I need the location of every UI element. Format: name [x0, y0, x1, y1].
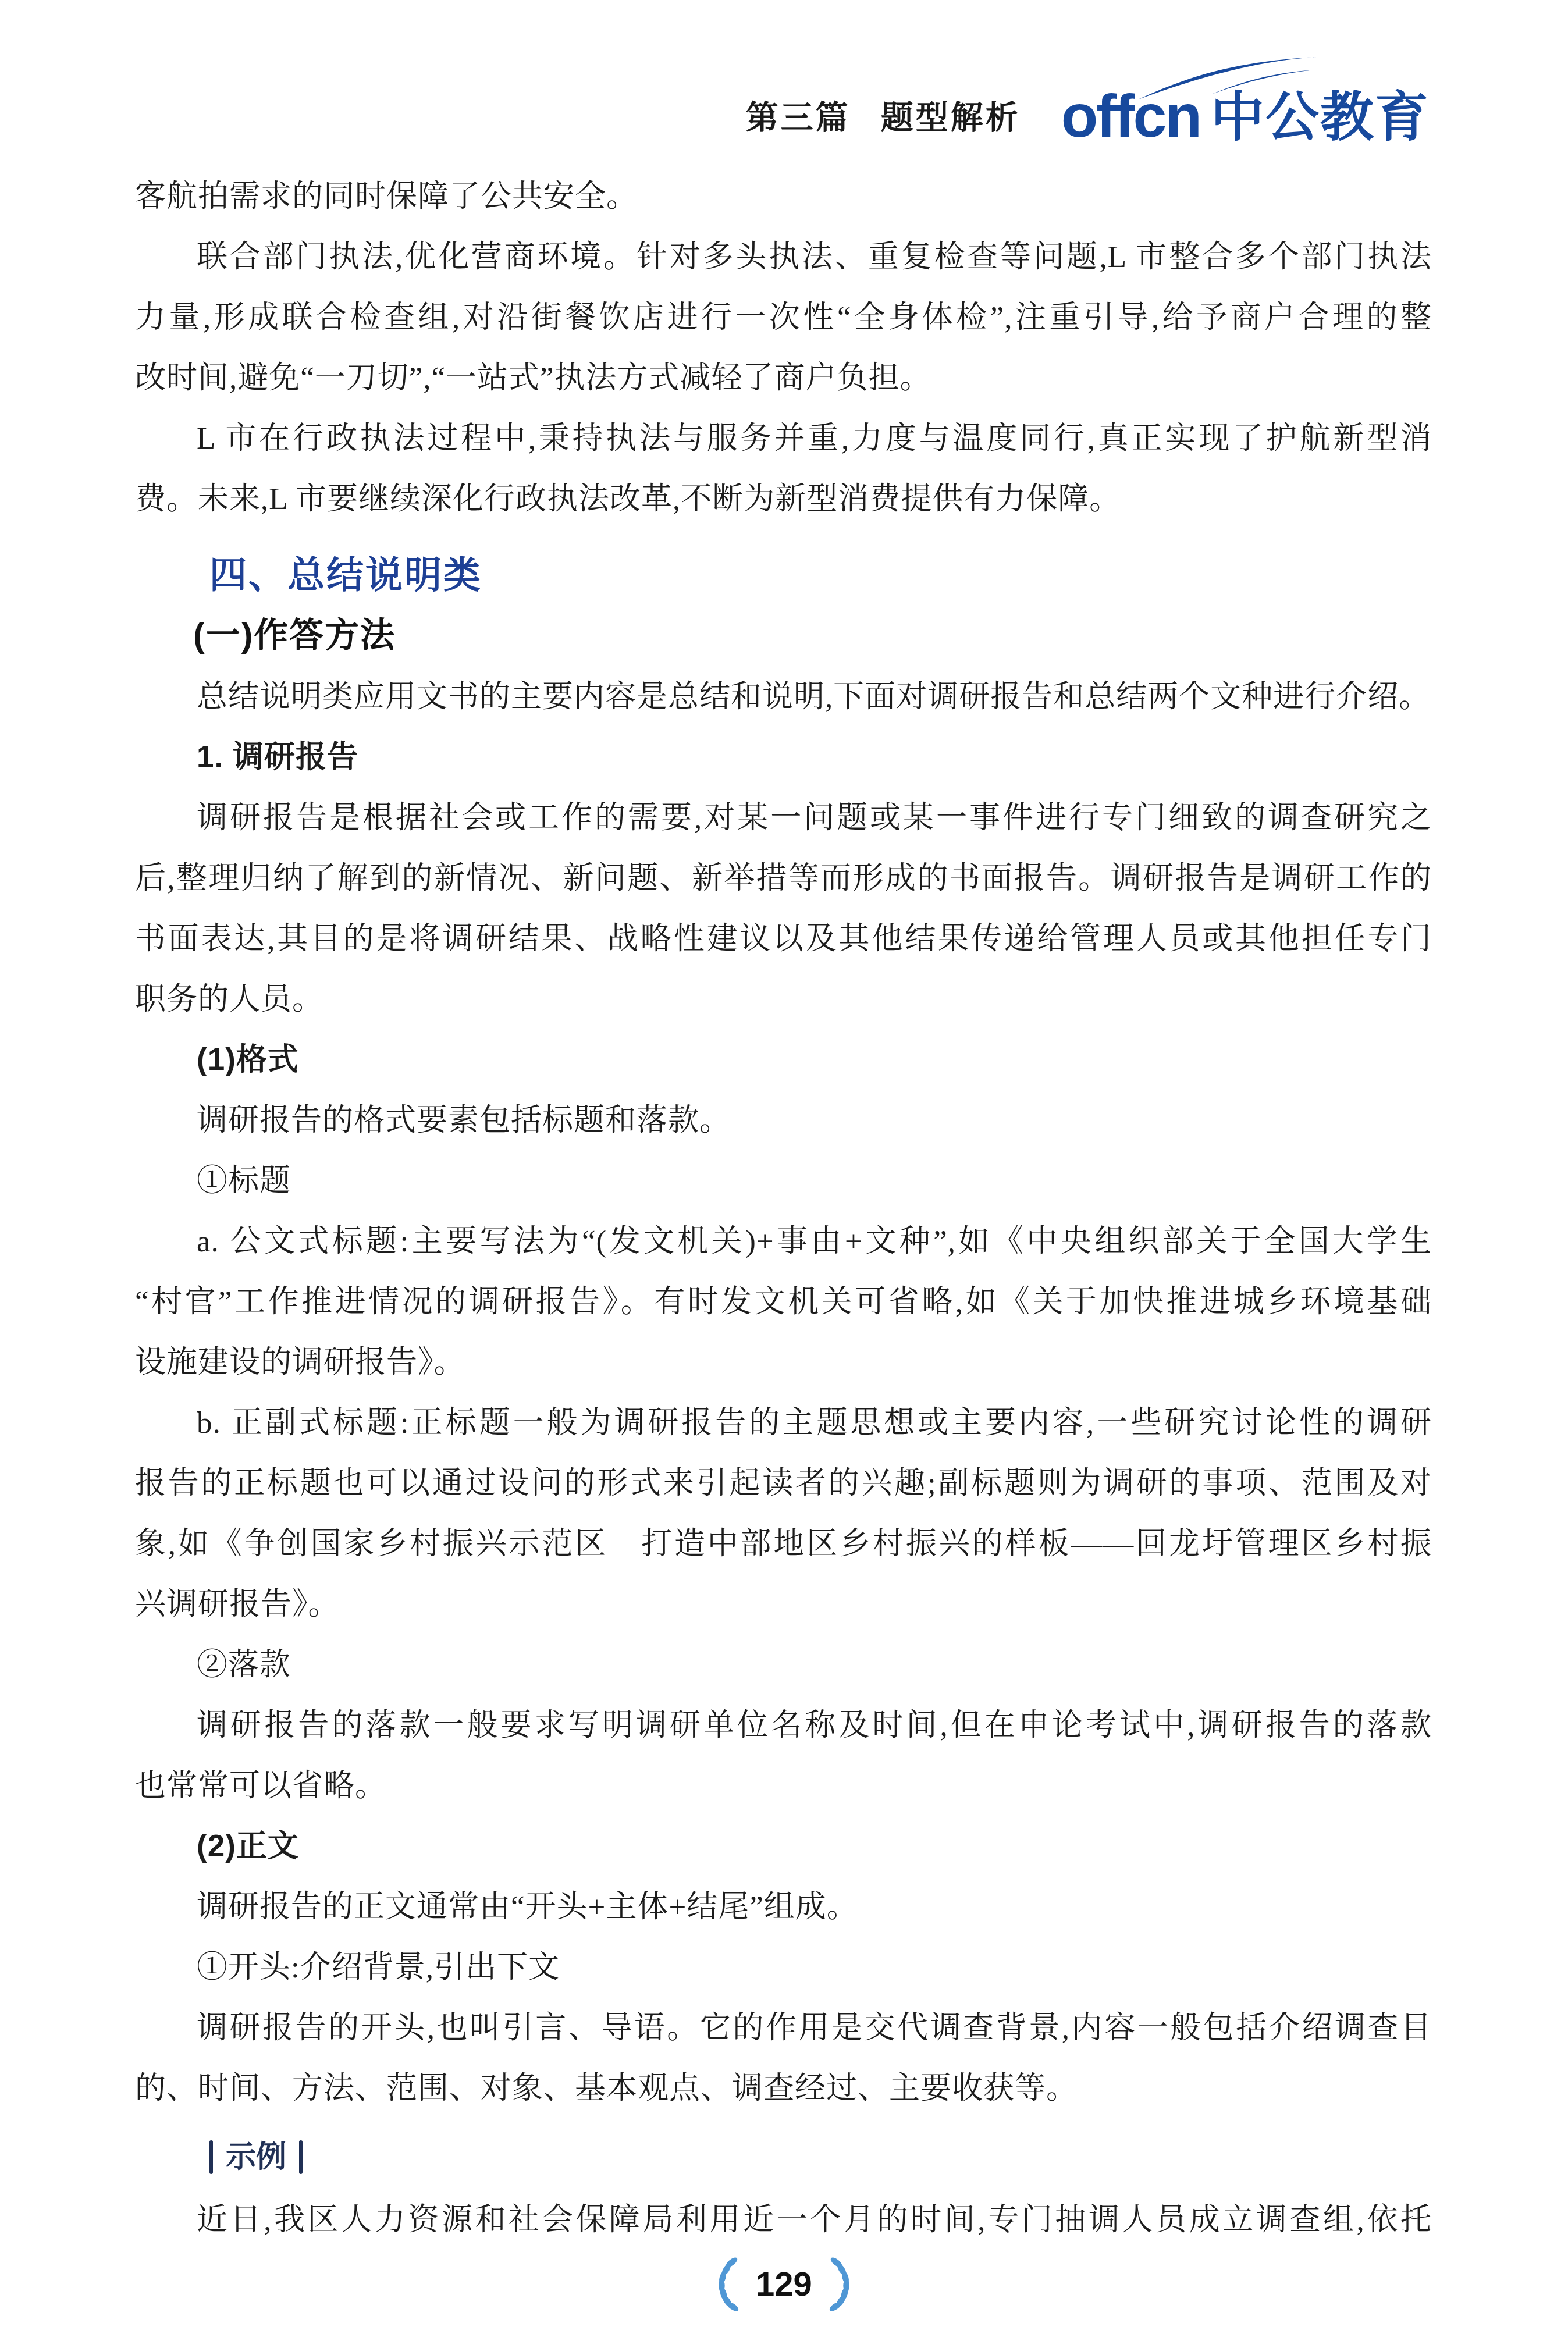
offcn-logo: offcn 中公教育 — [1061, 86, 1430, 147]
section-heading: 四、总结说明类 — [135, 549, 1432, 600]
text-line: 调研报告的开头,也叫引言、导语。它的作用是交代调查背景,内容一般包括介绍调查目 — [135, 1998, 1432, 2058]
chapter-breadcrumb: 第三篇题型解析 — [746, 92, 1021, 147]
example-bar-right — [299, 2140, 303, 2174]
text-line: 联合部门执法,优化营商环境。针对多头执法、重复检查等问题,L 市整合多个部门执法 — [135, 227, 1432, 287]
text-line: 报告的正标题也可以通过设问的形式来引起读者的兴趣;副标题则为调研的事项、范围及对 — [135, 1453, 1432, 1514]
example-bar-left — [209, 2140, 213, 2174]
text-line: 职务的人员。 — [135, 969, 1432, 1030]
text-line: 后,整理归纳了解到的新情况、新问题、新举措等而形成的书面报告。调研报告是调研工作… — [135, 848, 1432, 909]
text-line: 调研报告是根据社会或工作的需要,对某一问题或某一事件进行专门细致的调查研究之 — [135, 788, 1432, 848]
text-line: 总结说明类应用文书的主要内容是总结和说明,下面对调研报告和总结两个文种进行介绍。 — [135, 667, 1432, 727]
book-page: 第三篇题型解析 offcn 中公教育 客航拍需求的同时保障了公共安全。 联合部门… — [0, 0, 1568, 2348]
example-label: 示例 — [226, 2129, 286, 2185]
page-header: 第三篇题型解析 offcn 中公教育 — [746, 86, 1430, 147]
text-line: b. 正副式标题:正标题一般为调研报告的主题思想或主要内容,一些研究讨论性的调研 — [135, 1393, 1432, 1453]
text-line: ①开头:介绍背景,引出下文 — [135, 1937, 1432, 1998]
logo-swoosh-icon — [1131, 56, 1323, 101]
text-line: 调研报告的正文通常由“开头+主体+结尾”组成。 — [135, 1877, 1432, 1937]
text-line: 也常常可以省略。 — [135, 1756, 1432, 1816]
text-line: 调研报告的落款一般要求写明调研单位名称及时间,但在申论考试中,调研报告的落款 — [135, 1695, 1432, 1756]
text-line: 调研报告的格式要素包括标题和落款。 — [135, 1090, 1432, 1151]
text-line: 改时间,避免“一刀切”,“一站式”执法方式减轻了商户负担。 — [135, 348, 1432, 408]
text-line: ①标题 — [135, 1151, 1432, 1211]
text-line: “村官”工作推进情况的调研报告》。有时发文机关可省略,如《关于加快推进城乡环境基… — [135, 1272, 1432, 1332]
laurel-right-icon — [827, 2256, 863, 2312]
text-line: 力量,形成联合检查组,对沿街餐饮店进行一次性“全身体检”,注重引导,给予商户合理… — [135, 287, 1432, 348]
part-title: 题型解析 — [881, 99, 1021, 136]
text-line: 的、时间、方法、范围、对象、基本观点、调查经过、主要收获等。 — [135, 2058, 1432, 2119]
text-line: 设施建设的调研报告》。 — [135, 1332, 1432, 1393]
text-line: 兴调研报告》。 — [135, 1574, 1432, 1635]
text-line: 客航拍需求的同时保障了公共安全。 — [135, 166, 1432, 227]
text-line: 书面表达,其目的是将调研结果、战略性建议以及其他结果传递给管理人员或其他担任专门 — [135, 909, 1432, 969]
part-label: 第三篇 — [746, 99, 851, 136]
item-heading-report: 1. 调研报告 — [135, 727, 1432, 788]
page-footer: 129 — [0, 2256, 1568, 2312]
laurel-left-icon — [705, 2256, 741, 2312]
item-heading-format: (1)格式 — [135, 1030, 1432, 1090]
text-line: L 市在行政执法过程中,秉持执法与服务并重,力度与温度同行,真正实现了护航新型消 — [135, 408, 1432, 469]
text-line: a. 公文式标题:主要写法为“(发文机关)+事由+文种”,如《中央组织部关于全国… — [135, 1211, 1432, 1272]
text-line: ②落款 — [135, 1635, 1432, 1695]
text-line: 费。未来,L 市要继续深化行政执法改革,不断为新型消费提供有力保障。 — [135, 469, 1432, 529]
item-heading-body: (2)正文 — [135, 1816, 1432, 1877]
example-marker: 示例 — [135, 2129, 1432, 2185]
page-number: 129 — [756, 2265, 812, 2304]
subsection-heading: (一)作答方法 — [135, 612, 1432, 659]
text-line: 近日,我区人力资源和社会保障局利用近一个月的时间,专门抽调人员成立调查组,依托 — [135, 2190, 1432, 2250]
text-line: 象,如《争创国家乡村振兴示范区 打造中部地区乡村振兴的样板——回龙圩管理区乡村振 — [135, 1514, 1432, 1574]
page-body: 客航拍需求的同时保障了公共安全。 联合部门执法,优化营商环境。针对多头执法、重复… — [135, 166, 1432, 2250]
